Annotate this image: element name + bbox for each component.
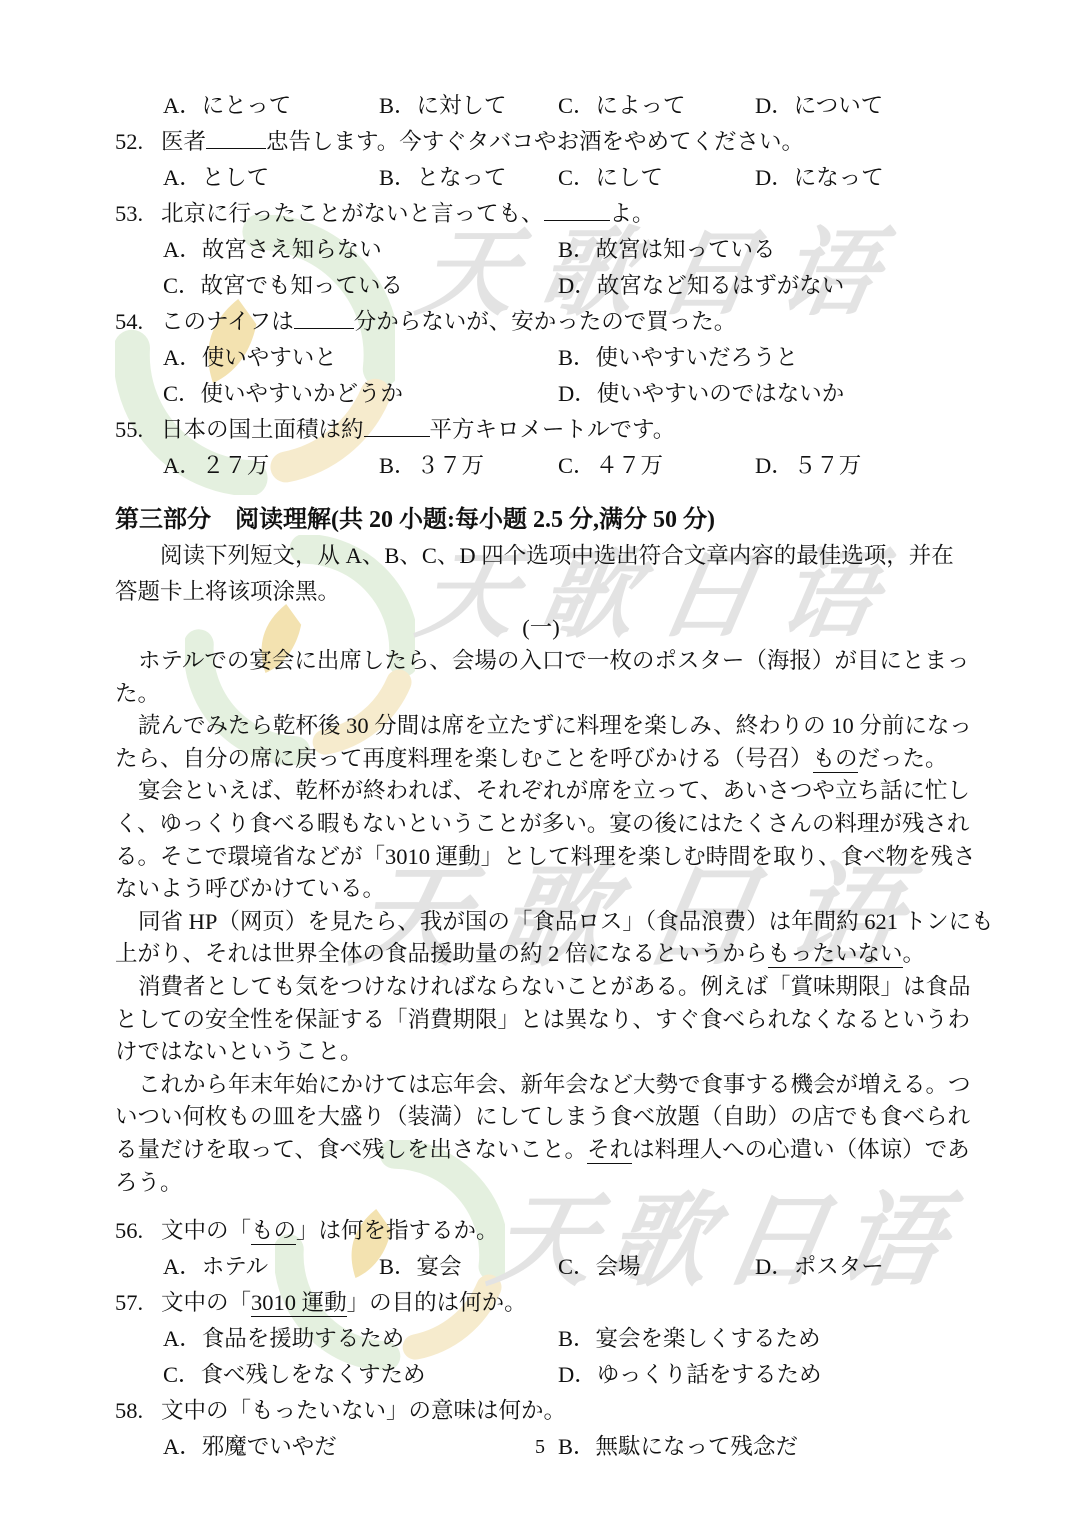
text-segment: 医者: [161, 129, 206, 154]
question-line: 54.このナイフは分からないが、安かったので買った。: [115, 304, 967, 340]
passage-line: これから年末年始にかけては忘年会、新年会など大勢で食事する機会が増える。つ: [115, 1069, 967, 1102]
question-line: 53.北京に行ったことがないと言っても、よ。: [115, 196, 967, 232]
passage-line: 消費者としても気をつけなければならないことがある。例えば「賞味期限」は食品: [115, 971, 967, 1004]
text-segment: ないよう呼びかけている。: [115, 876, 385, 901]
option-cell: B．宴会: [379, 1249, 462, 1285]
option-cell: A．食品を援助するため: [163, 1321, 404, 1357]
text-segment: (一): [522, 615, 560, 640]
text-segment: としての安全性を保証する「消費期限」とは異なり、すぐ食べられなくなるというわ: [115, 1007, 970, 1032]
option-cell: C．故宮でも知っている: [163, 268, 403, 304]
passage-line: る量だけを取って、食べ残しを出さないこと。それは料理人への心遣い（体谅）であ: [115, 1134, 967, 1167]
passage-line: としての安全性を保証する「消費期限」とは異なり、すぐ食べられなくなるというわ: [115, 1004, 967, 1037]
text-segment: る量だけを取って、食べ残しを出さないこと。: [115, 1137, 587, 1162]
options-row: A．故宮さえ知らないB．故宮は知っている: [115, 232, 967, 268]
text-segment: 第三部分 阅读理解(共 20 小题:每小题 2.5 分,满分 50 分): [115, 507, 715, 533]
exam-page: 天歌日语 天歌日语 天歌日语 天歌日语 A．にとってB．に対してC．によってD．…: [0, 0, 1080, 1526]
text-segment: ろう。: [115, 1170, 183, 1195]
question-number: 56.: [115, 1213, 161, 1249]
question-line: 56.文中の「もの」は何を指するか。: [115, 1213, 967, 1249]
passage-line: いつい何枚もの皿を大盛り（装満）にしてしまう食べ放題（自助）の店でも食べられ: [115, 1101, 967, 1134]
options-row: C．使いやすいかどうかD．使いやすいのではないか: [115, 376, 967, 412]
option-cell: D．５７万: [755, 448, 861, 484]
instruction-line: 答题卡上将该项涂黑。: [115, 574, 967, 610]
option-cell: B．宴会を楽しくするため: [558, 1321, 821, 1357]
option-cell: B．故宮は知っている: [558, 232, 776, 268]
option-cell: A．にとって: [163, 88, 291, 124]
options-row: A．にとってB．に対してC．によってD．について: [115, 88, 967, 124]
question-number: 53.: [115, 196, 161, 232]
text-segment: けではないということ。: [115, 1039, 363, 1064]
text-segment: 読んでみたら乾杯後 30 分間は席を立たずに料理を楽しみ、終わりの 10 分前に…: [138, 713, 972, 738]
options-row: A．ホテルB．宴会C．会場D．ポスター: [115, 1249, 967, 1285]
options-row: A．としてB．となってC．にしてD．になって: [115, 160, 967, 196]
passage-line: 読んでみたら乾杯後 30 分間は席を立たずに料理を楽しみ、終わりの 10 分前に…: [115, 710, 967, 743]
text-segment: これから年末年始にかけては忘年会、新年会など大勢で食事する機会が増える。つ: [138, 1072, 971, 1097]
text-segment: 」は何を指するか。: [296, 1218, 499, 1243]
text-segment: 阅读下列短文，从 A、B、C、D 四个选项中选出符合文章内容的最佳选项，并在: [160, 543, 954, 568]
text-segment: もの: [251, 1218, 296, 1245]
options-row: C．故宮でも知っているD．故宮など知るはずがない: [115, 268, 967, 304]
text-segment: 3010 運動: [251, 1290, 347, 1317]
option-cell: B．３７万: [379, 448, 484, 484]
page-number: 5: [0, 1436, 1080, 1459]
option-cell: A．故宮さえ知らない: [163, 232, 382, 268]
text-segment: 平方キロメートルです。: [430, 417, 676, 442]
option-cell: D．ポスター: [755, 1249, 884, 1285]
option-cell: B．となって: [379, 160, 507, 196]
blank-underline: [544, 198, 610, 222]
option-cell: A．として: [163, 160, 269, 196]
text-segment: 文中の「: [161, 1290, 251, 1315]
text-segment: よ。: [610, 201, 655, 226]
exam-content: A．にとってB．に対してC．によってD．について52.医者忠告します。今すぐタバ…: [115, 88, 967, 1465]
section-header: 第三部分 阅读理解(共 20 小题:每小题 2.5 分,满分 50 分): [115, 502, 967, 538]
question-number: 58.: [115, 1393, 161, 1429]
option-cell: C．４７万: [558, 448, 663, 484]
passage-line: る。そこで環境省などが「3010 運動」として料理を楽しむ時間を取り、食べ物を残…: [115, 841, 967, 874]
option-cell: C．にして: [558, 160, 663, 196]
option-cell: C．会場: [558, 1249, 641, 1285]
option-cell: D．になって: [755, 160, 884, 196]
text-segment: このナイフは: [161, 309, 294, 334]
text-segment: たら、自分の席に戻って再度料理を楽しむことを呼びかける（号召）: [115, 746, 813, 771]
question-line: 58.文中の「もったいない」の意味は何か。: [115, 1393, 967, 1429]
text-segment: 。: [903, 941, 926, 966]
text-segment: 同省 HP（网页）を見たら、我が国の「食品ロス」（食品浪费）は年間約 621 ト…: [138, 909, 994, 934]
passage-line: ないよう呼びかけている。: [115, 873, 967, 906]
option-cell: C．使いやすいかどうか: [163, 376, 403, 412]
option-cell: B．に対して: [379, 88, 507, 124]
option-cell: B．使いやすいだろうと: [558, 340, 798, 376]
question-number: 55.: [115, 412, 161, 448]
option-cell: C．によって: [558, 88, 686, 124]
text-segment: もったいない: [768, 941, 903, 968]
passage-line: た。: [115, 678, 967, 711]
question-line: 52.医者忠告します。今すぐタバコやお酒をやめてください。: [115, 124, 967, 160]
passage-line: く、ゆっくり食べる暇もないということが多い。宴の後にはたくさんの料理が残され: [115, 808, 967, 841]
option-cell: D．使いやすいのではないか: [558, 376, 844, 412]
passage-line: 宴会といえば、乾杯が終われば、それぞれが席を立って、あいさつや立ち話に忙し: [115, 775, 967, 808]
text-segment: 忠告します。今すぐタバコやお酒をやめてください。: [266, 129, 804, 154]
text-segment: 文中の「もったいない」の意味は何か。: [161, 1398, 566, 1423]
passage-line: ホテルでの宴会に出席したら、会場の入口で一枚のポスター（海报）が目にとまっ: [115, 645, 967, 678]
option-cell: D．ゆっくり話をするため: [558, 1357, 822, 1393]
option-cell: A．使いやすいと: [163, 340, 337, 376]
text-segment: く、ゆっくり食べる暇もないということが多い。宴の後にはたくさんの料理が残され: [115, 811, 969, 836]
text-segment: 日本の国土面積は約: [161, 417, 364, 442]
text-segment: 宴会といえば、乾杯が終われば、それぞれが席を立って、あいさつや立ち話に忙し: [138, 778, 970, 803]
text-segment: 北京に行ったことがないと言っても、: [161, 201, 544, 226]
option-cell: C．食べ残しをなくすため: [163, 1357, 426, 1393]
question-number: 54.: [115, 304, 161, 340]
option-cell: D．故宮など知るはずがない: [558, 268, 844, 304]
instruction-line: 阅读下列短文，从 A、B、C、D 四个选项中选出符合文章内容的最佳选项，并在: [115, 538, 967, 574]
passage-title: (一): [115, 610, 967, 645]
passage-line: ろう。: [115, 1167, 967, 1200]
passage-line: 上がり、それは世界全体の食品援助量の約 2 倍になるというからもったいない。: [115, 938, 967, 971]
text-segment: 答题卡上将该项涂黑。: [115, 579, 340, 604]
blank-underline: [294, 306, 354, 330]
passage-line: 同省 HP（网页）を見たら、我が国の「食品ロス」（食品浪费）は年間約 621 ト…: [115, 906, 967, 939]
option-cell: A．２７万: [163, 448, 269, 484]
option-cell: D．について: [755, 88, 883, 124]
passage-line: けではないということ。: [115, 1036, 967, 1069]
text-segment: 分からないが、安かったので買った。: [354, 309, 737, 334]
text-segment: る。そこで環境省などが「3010 運動」として料理を楽しむ時間を取り、食べ物を残…: [115, 844, 976, 869]
text-segment: は料理人への心遣い（体谅）であ: [632, 1137, 970, 1162]
question-line: 55.日本の国土面積は約平方キロメートルです。: [115, 412, 967, 448]
blank-underline: [364, 414, 430, 438]
passage-line: たら、自分の席に戻って再度料理を楽しむことを呼びかける（号召）ものだった。: [115, 743, 967, 776]
text-segment: だった。: [858, 746, 948, 771]
option-cell: A．ホテル: [163, 1249, 268, 1285]
text-segment: 消費者としても気をつけなければならないことがある。例えば「賞味期限」は食品: [138, 974, 971, 999]
question-line: 57.文中の「3010 運動」の目的は何か。: [115, 1285, 967, 1321]
text-segment: もの: [813, 746, 858, 773]
blank-underline: [206, 126, 266, 150]
text-segment: それ: [587, 1137, 632, 1164]
options-row: A．食品を援助するためB．宴会を楽しくするため: [115, 1321, 967, 1357]
options-row: A．使いやすいとB．使いやすいだろうと: [115, 340, 967, 376]
text-segment: 文中の「: [161, 1218, 251, 1243]
text-segment: 」の目的は何か。: [347, 1290, 527, 1315]
options-row: A．２７万B．３７万C．４７万D．５７万: [115, 448, 967, 484]
text-segment: た。: [115, 681, 160, 706]
text-segment: いつい何枚もの皿を大盛り（装満）にしてしまう食べ放題（自助）の店でも食べられ: [115, 1104, 970, 1129]
options-row: C．食べ残しをなくすためD．ゆっくり話をするため: [115, 1357, 967, 1393]
text-segment: ホテルでの宴会に出席したら、会場の入口で一枚のポスター（海报）が目にとまっ: [138, 648, 969, 673]
question-number: 52.: [115, 124, 161, 160]
text-segment: 上がり、それは世界全体の食品援助量の約 2 倍になるというから: [115, 941, 768, 966]
question-number: 57.: [115, 1285, 161, 1321]
